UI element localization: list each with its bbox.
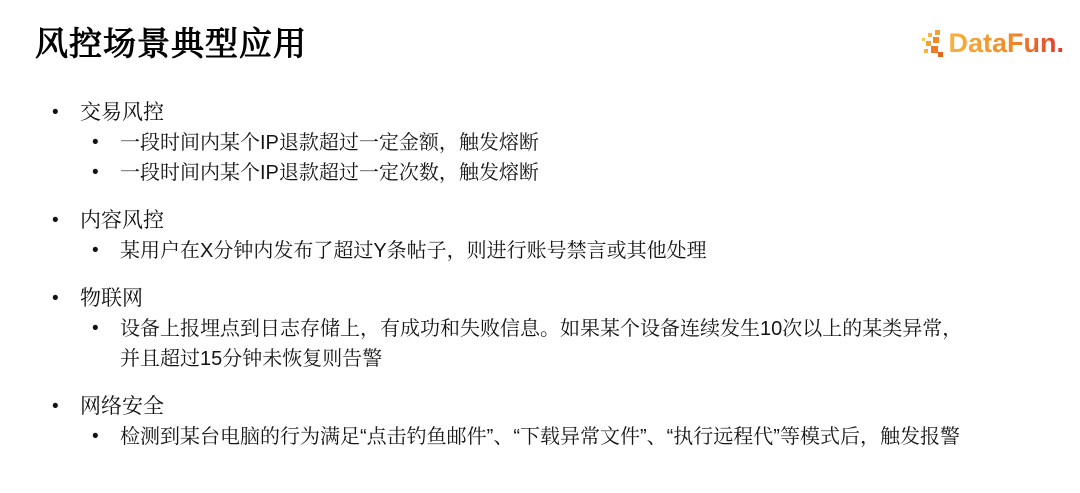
section-heading: 物联网: [80, 284, 143, 314]
list-item-text: 设备上报埋点到日志存储上，有成功和失败信息。如果某个设备连续发生10次以上的某类…: [120, 314, 980, 374]
bullet-icon: •: [92, 314, 120, 344]
list-item: • 一段时间内某个IP退款超过一定金额，触发熔断: [0, 128, 1080, 158]
bullet-list: • 交易风控 • 一段时间内某个IP退款超过一定金额，触发熔断 • 一段时间内某…: [0, 98, 1080, 470]
list-item: • 设备上报埋点到日志存储上，有成功和失败信息。如果某个设备连续发生10次以上的…: [0, 314, 1080, 374]
bullet-icon: •: [92, 422, 120, 452]
list-item: • 检测到某台电脑的行为满足“点击钓鱼邮件”、“下载异常文件”、“执行远程代”等…: [0, 422, 1080, 452]
list-item: • 一段时间内某个IP退款超过一定次数，触发熔断: [0, 158, 1080, 188]
bullet-icon: •: [92, 158, 120, 188]
bullet-icon: •: [52, 98, 80, 128]
list-item-text: 检测到某台电脑的行为满足“点击钓鱼邮件”、“下载异常文件”、“执行远程代”等模式…: [120, 422, 960, 452]
list-item-text: 一段时间内某个IP退款超过一定金额，触发熔断: [120, 128, 539, 158]
list-item: • 某用户在X分钟内发布了超过Y条帖子，则进行账号禁言或其他处理: [0, 236, 1080, 266]
section-content-risk: • 内容风控 • 某用户在X分钟内发布了超过Y条帖子，则进行账号禁言或其他处理: [0, 206, 1080, 266]
bullet-icon: •: [52, 392, 80, 422]
list-item-text: 某用户在X分钟内发布了超过Y条帖子，则进行账号禁言或其他处理: [120, 236, 707, 266]
bullet-icon: •: [52, 284, 80, 314]
list-item-text: 一段时间内某个IP退款超过一定次数，触发熔断: [120, 158, 539, 188]
datafun-logo-dots-icon: [920, 26, 946, 60]
bullet-icon: •: [92, 236, 120, 266]
datafun-logo: DataFun.: [920, 26, 1064, 60]
section-heading: 内容风控: [80, 206, 164, 236]
section-network-security: • 网络安全 • 检测到某台电脑的行为满足“点击钓鱼邮件”、“下载异常文件”、“…: [0, 392, 1080, 452]
section-heading-row: • 网络安全: [0, 392, 1080, 422]
slide: 风控场景典型应用 DataFun. • 交易风控 • 一段时间内某个IP退款超过…: [0, 0, 1080, 493]
section-trade-risk: • 交易风控 • 一段时间内某个IP退款超过一定金额，触发熔断 • 一段时间内某…: [0, 98, 1080, 188]
section-heading: 交易风控: [80, 98, 164, 128]
bullet-icon: •: [92, 128, 120, 158]
section-heading-row: • 内容风控: [0, 206, 1080, 236]
page-title: 风控场景典型应用: [35, 18, 307, 65]
section-iot: • 物联网 • 设备上报埋点到日志存储上，有成功和失败信息。如果某个设备连续发生…: [0, 284, 1080, 374]
section-heading-row: • 交易风控: [0, 98, 1080, 128]
section-heading: 网络安全: [80, 392, 164, 422]
bullet-icon: •: [52, 206, 80, 236]
section-heading-row: • 物联网: [0, 284, 1080, 314]
datafun-logo-text: DataFun.: [948, 26, 1064, 60]
